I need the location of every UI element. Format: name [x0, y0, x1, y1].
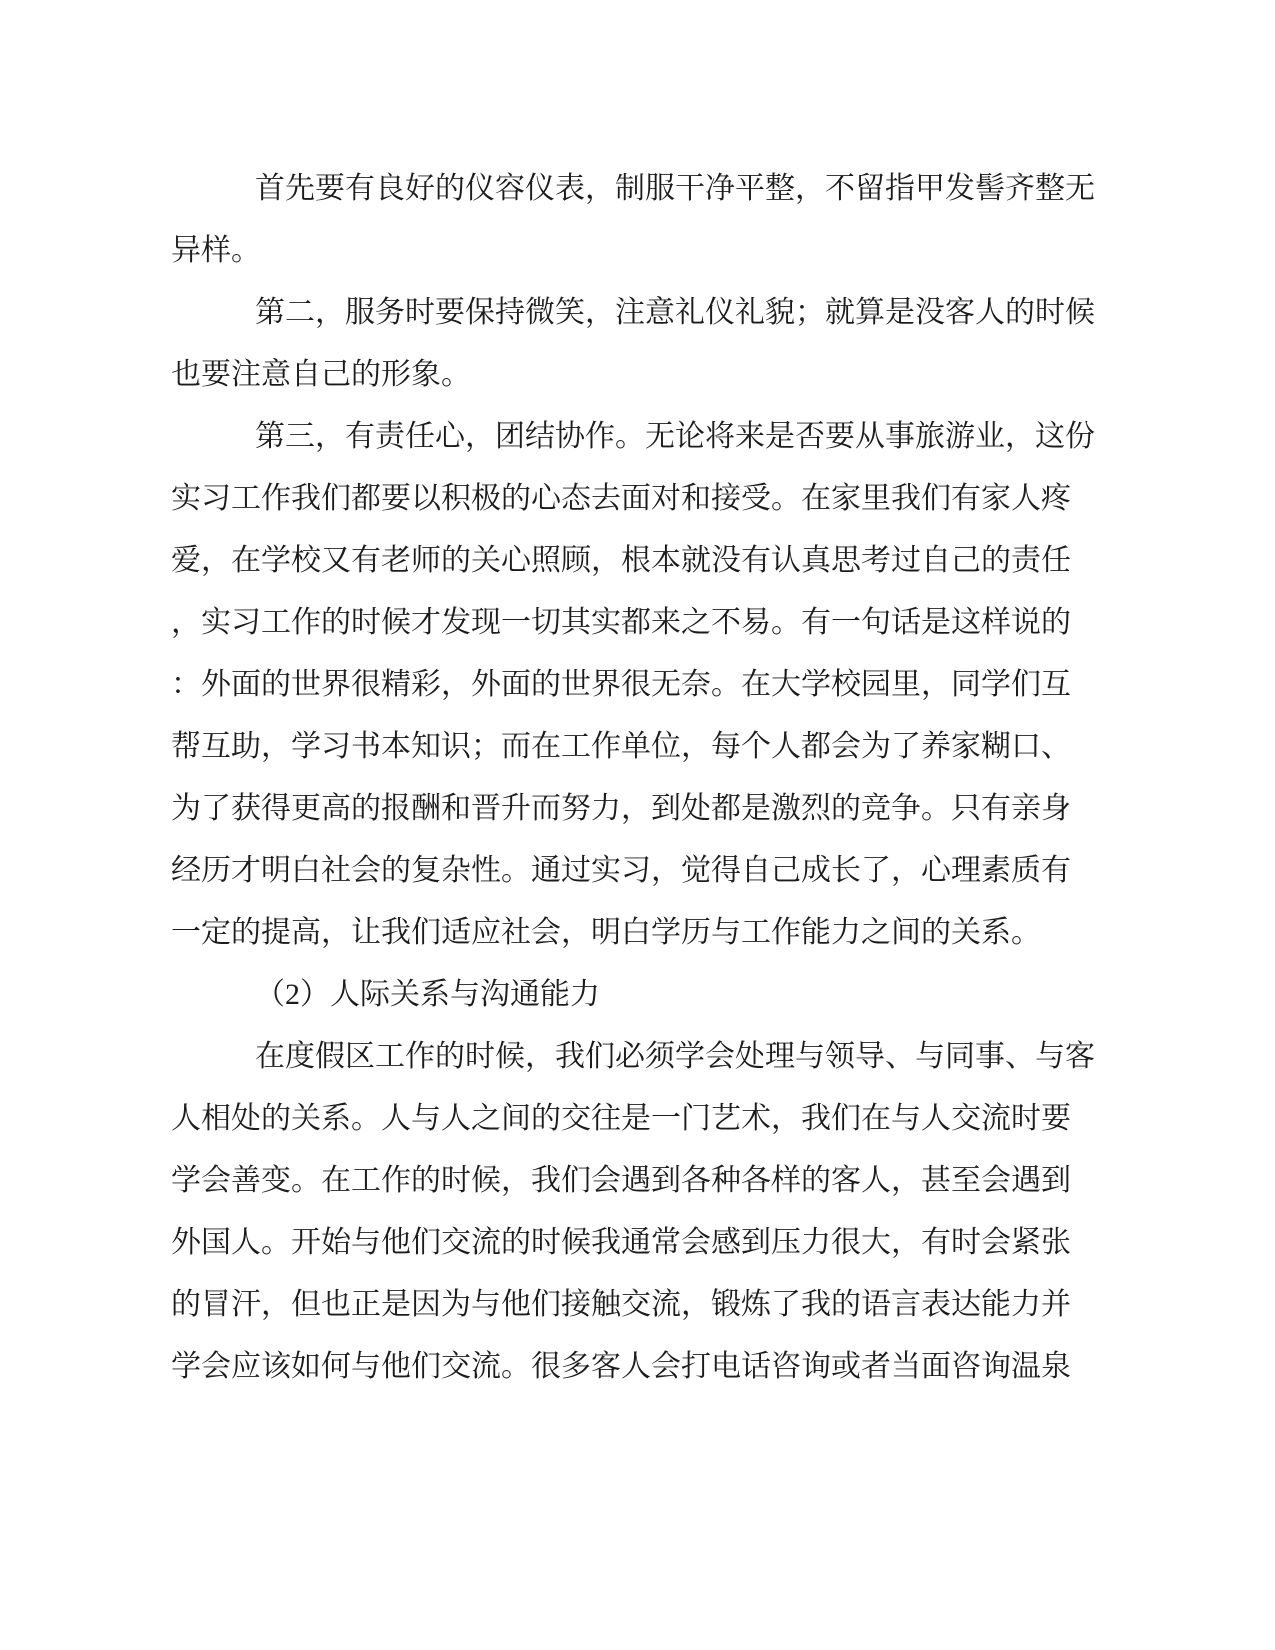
paragraph: 在度假区工作的时候，我们必须学会处理与领导、与同事、与客人相处的关系。人与人之间…	[171, 1026, 1076, 1398]
text-line: 学会善变。在工作的时候，我们会遇到各种各样的客人，甚至会遇到	[171, 1150, 1076, 1212]
text-line: 帮互助，学习书本知识；而在工作单位，每个人都会为了养家糊口、	[171, 716, 1076, 778]
paragraph: 第三，有责任心，团结协作。无论将来是否要从事旅游业，这份实习工作我们都要以积极的…	[171, 406, 1076, 964]
text-line: 的冒汗，但也正是因为与他们接触交流，锻炼了我的语言表达能力并	[171, 1274, 1076, 1336]
text-line: 在度假区工作的时候，我们必须学会处理与领导、与同事、与客	[171, 1026, 1076, 1088]
text-line: 第三，有责任心，团结协作。无论将来是否要从事旅游业，这份	[171, 406, 1076, 468]
document-page: 首先要有良好的仪容仪表，制服干净平整，不留指甲发髻齐整无异样。第二，服务时要保持…	[0, 0, 1275, 1650]
text-line: 外国人。开始与他们交流的时候我通常会感到压力很大，有时会紧张	[171, 1212, 1076, 1274]
text-line: ，实习工作的时候才发现一切其实都来之不易。有一句话是这样说的	[171, 592, 1076, 654]
text-line: 也要注意自己的形象。	[171, 344, 1076, 406]
text-line: 第二，服务时要保持微笑，注意礼仪礼貌；就算是没客人的时候	[171, 282, 1076, 344]
text-line: 实习工作我们都要以积极的心态去面对和接受。在家里我们有家人疼	[171, 468, 1076, 530]
text-line: 一定的提高，让我们适应社会，明白学历与工作能力之间的关系。	[171, 902, 1076, 964]
text-line: 异样。	[171, 220, 1076, 282]
text-line: ：外面的世界很精彩，外面的世界很无奈。在大学校园里，同学们互	[171, 654, 1076, 716]
text-line: 首先要有良好的仪容仪表，制服干净平整，不留指甲发髻齐整无	[171, 158, 1076, 220]
text-line: 为了获得更高的报酬和晋升而努力，到处都是激烈的竞争。只有亲身	[171, 778, 1076, 840]
text-line: 学会应该如何与他们交流。很多客人会打电话咨询或者当面咨询温泉	[171, 1336, 1076, 1398]
text-line: 经历才明白社会的复杂性。通过实习，觉得自己成长了，心理素质有	[171, 840, 1076, 902]
text-line: 人相处的关系。人与人之间的交往是一门艺术，我们在与人交流时要	[171, 1088, 1076, 1150]
paragraph: （2）人际关系与沟通能力	[171, 964, 1076, 1026]
paragraph: 第二，服务时要保持微笑，注意礼仪礼貌；就算是没客人的时候也要注意自己的形象。	[171, 282, 1076, 406]
document-body: 首先要有良好的仪容仪表，制服干净平整，不留指甲发髻齐整无异样。第二，服务时要保持…	[171, 158, 1076, 1398]
paragraph: 首先要有良好的仪容仪表，制服干净平整，不留指甲发髻齐整无异样。	[171, 158, 1076, 282]
text-line: 爱，在学校又有老师的关心照顾，根本就没有认真思考过自己的责任	[171, 530, 1076, 592]
text-line: （2）人际关系与沟通能力	[171, 964, 1076, 1026]
